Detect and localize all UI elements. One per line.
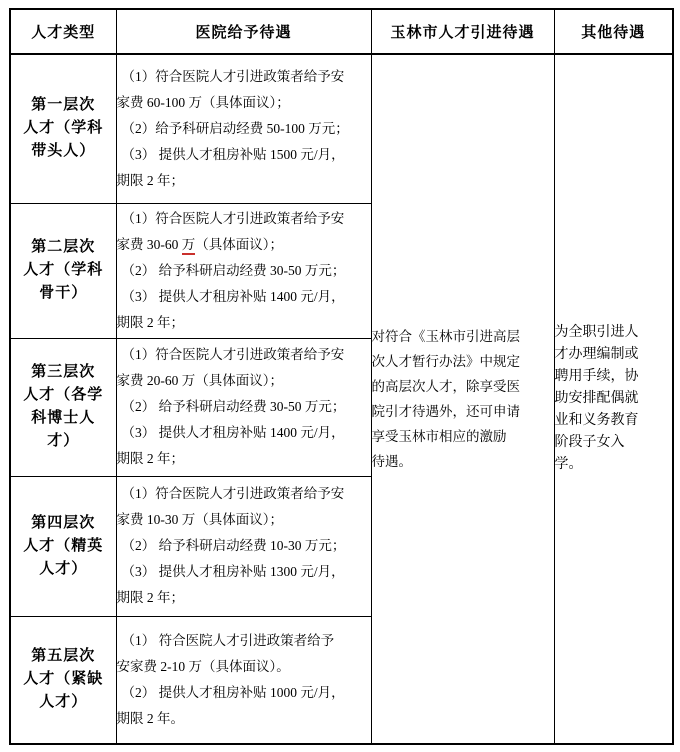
header-other-benefits: 其他待遇 [554,9,673,54]
benefit-item: （1）符合医院人才引进政策者给予安 家费 20-60 万（具体面议）； [117,342,371,394]
tier4-hospital-benefits-cell: （1）符合医院人才引进政策者给予安 家费 10-30 万（具体面议）； （2） … [116,476,371,616]
red-underlined-text: 万 [182,237,196,255]
tier1-hospital-benefits-cell: （1）符合医院人才引进政策者给予安 家费 60-100 万（具体面议）； （2）… [116,54,371,203]
benefit-item-text: （具体面议）； [195,237,283,252]
benefit-item: （2） 给予科研启动经费 10-30 万元； [117,533,371,559]
benefit-item: （2） 给予科研启动经费 30-50 万元； [117,394,371,420]
benefit-item: （3） 提供人才租房补贴 1300 元/月， 期限 2 年； [117,559,371,611]
benefit-item: （1）符合医院人才引进政策者给予安 家费 30-60 万（具体面议）； [117,206,371,258]
table-row-tier1: 第一层次 人才（学科 带头人） （1）符合医院人才引进政策者给予安 家费 60-… [10,54,673,203]
benefit-item: （2）给予科研启动经费 50-100 万元； [117,116,371,142]
benefit-item: （3） 提供人才租房补贴 1500 元/月， 期限 2 年； [117,142,371,194]
benefit-item: （2） 提供人才租房补贴 1000 元/月， 期限 2 年。 [117,680,371,732]
benefit-item: （1）符合医院人才引进政策者给予安 家费 60-100 万（具体面议）； [117,64,371,116]
tier2-hospital-benefits-cell: （1）符合医院人才引进政策者给予安 家费 30-60 万（具体面议）； （2） … [116,203,371,338]
tier5-category-cell: 第五层次 人才（紧缺 人才） [10,616,116,744]
tier1-category-cell: 第一层次 人才（学科 带头人） [10,54,116,203]
benefit-item: （2） 给予科研启动经费 30-50 万元； [117,258,371,284]
benefit-item: （1）符合医院人才引进政策者给予安 家费 10-30 万（具体面议）； [117,481,371,533]
benefit-item: （3） 提供人才租房补贴 1400 元/月， 期限 2 年； [117,420,371,472]
tier2-category-cell: 第二层次 人才（学科 骨干） [10,203,116,338]
benefit-item: （3） 提供人才租房补贴 1400 元/月， 期限 2 年； [117,284,371,336]
tier5-hospital-benefits-cell: （1） 符合医院人才引进政策者给予 安家费 2-10 万（具体面议）。 （2） … [116,616,371,744]
header-city-benefits: 玉林市人才引进待遇 [371,9,554,54]
document-page: 人才类型 医院给予待遇 玉林市人才引进待遇 其他待遇 第一层次 人才（学科 带头… [0,0,680,752]
tier3-hospital-benefits-cell: （1）符合医院人才引进政策者给予安 家费 20-60 万（具体面议）； （2） … [116,338,371,476]
other-benefit-cell: 为全职引进人 才办理编制或 聘用手续，协 助安排配偶就 业和义务教育 阶段子女入… [554,54,673,744]
tier4-category-cell: 第四层次 人才（精英 人才） [10,476,116,616]
talent-benefits-table: 人才类型 医院给予待遇 玉林市人才引进待遇 其他待遇 第一层次 人才（学科 带头… [9,8,674,745]
benefit-item: （1） 符合医院人才引进政策者给予 安家费 2-10 万（具体面议）。 [117,628,371,680]
header-hospital-benefits: 医院给予待遇 [116,9,371,54]
city-benefit-cell: 对符合《玉林市引进高层 次人才暂行办法》中规定 的高层次人才，除享受医 院引才待… [371,54,554,744]
tier3-category-cell: 第三层次 人才（各学 科博士人 才） [10,338,116,476]
header-talent-type: 人才类型 [10,9,116,54]
table-header-row: 人才类型 医院给予待遇 玉林市人才引进待遇 其他待遇 [10,9,673,54]
